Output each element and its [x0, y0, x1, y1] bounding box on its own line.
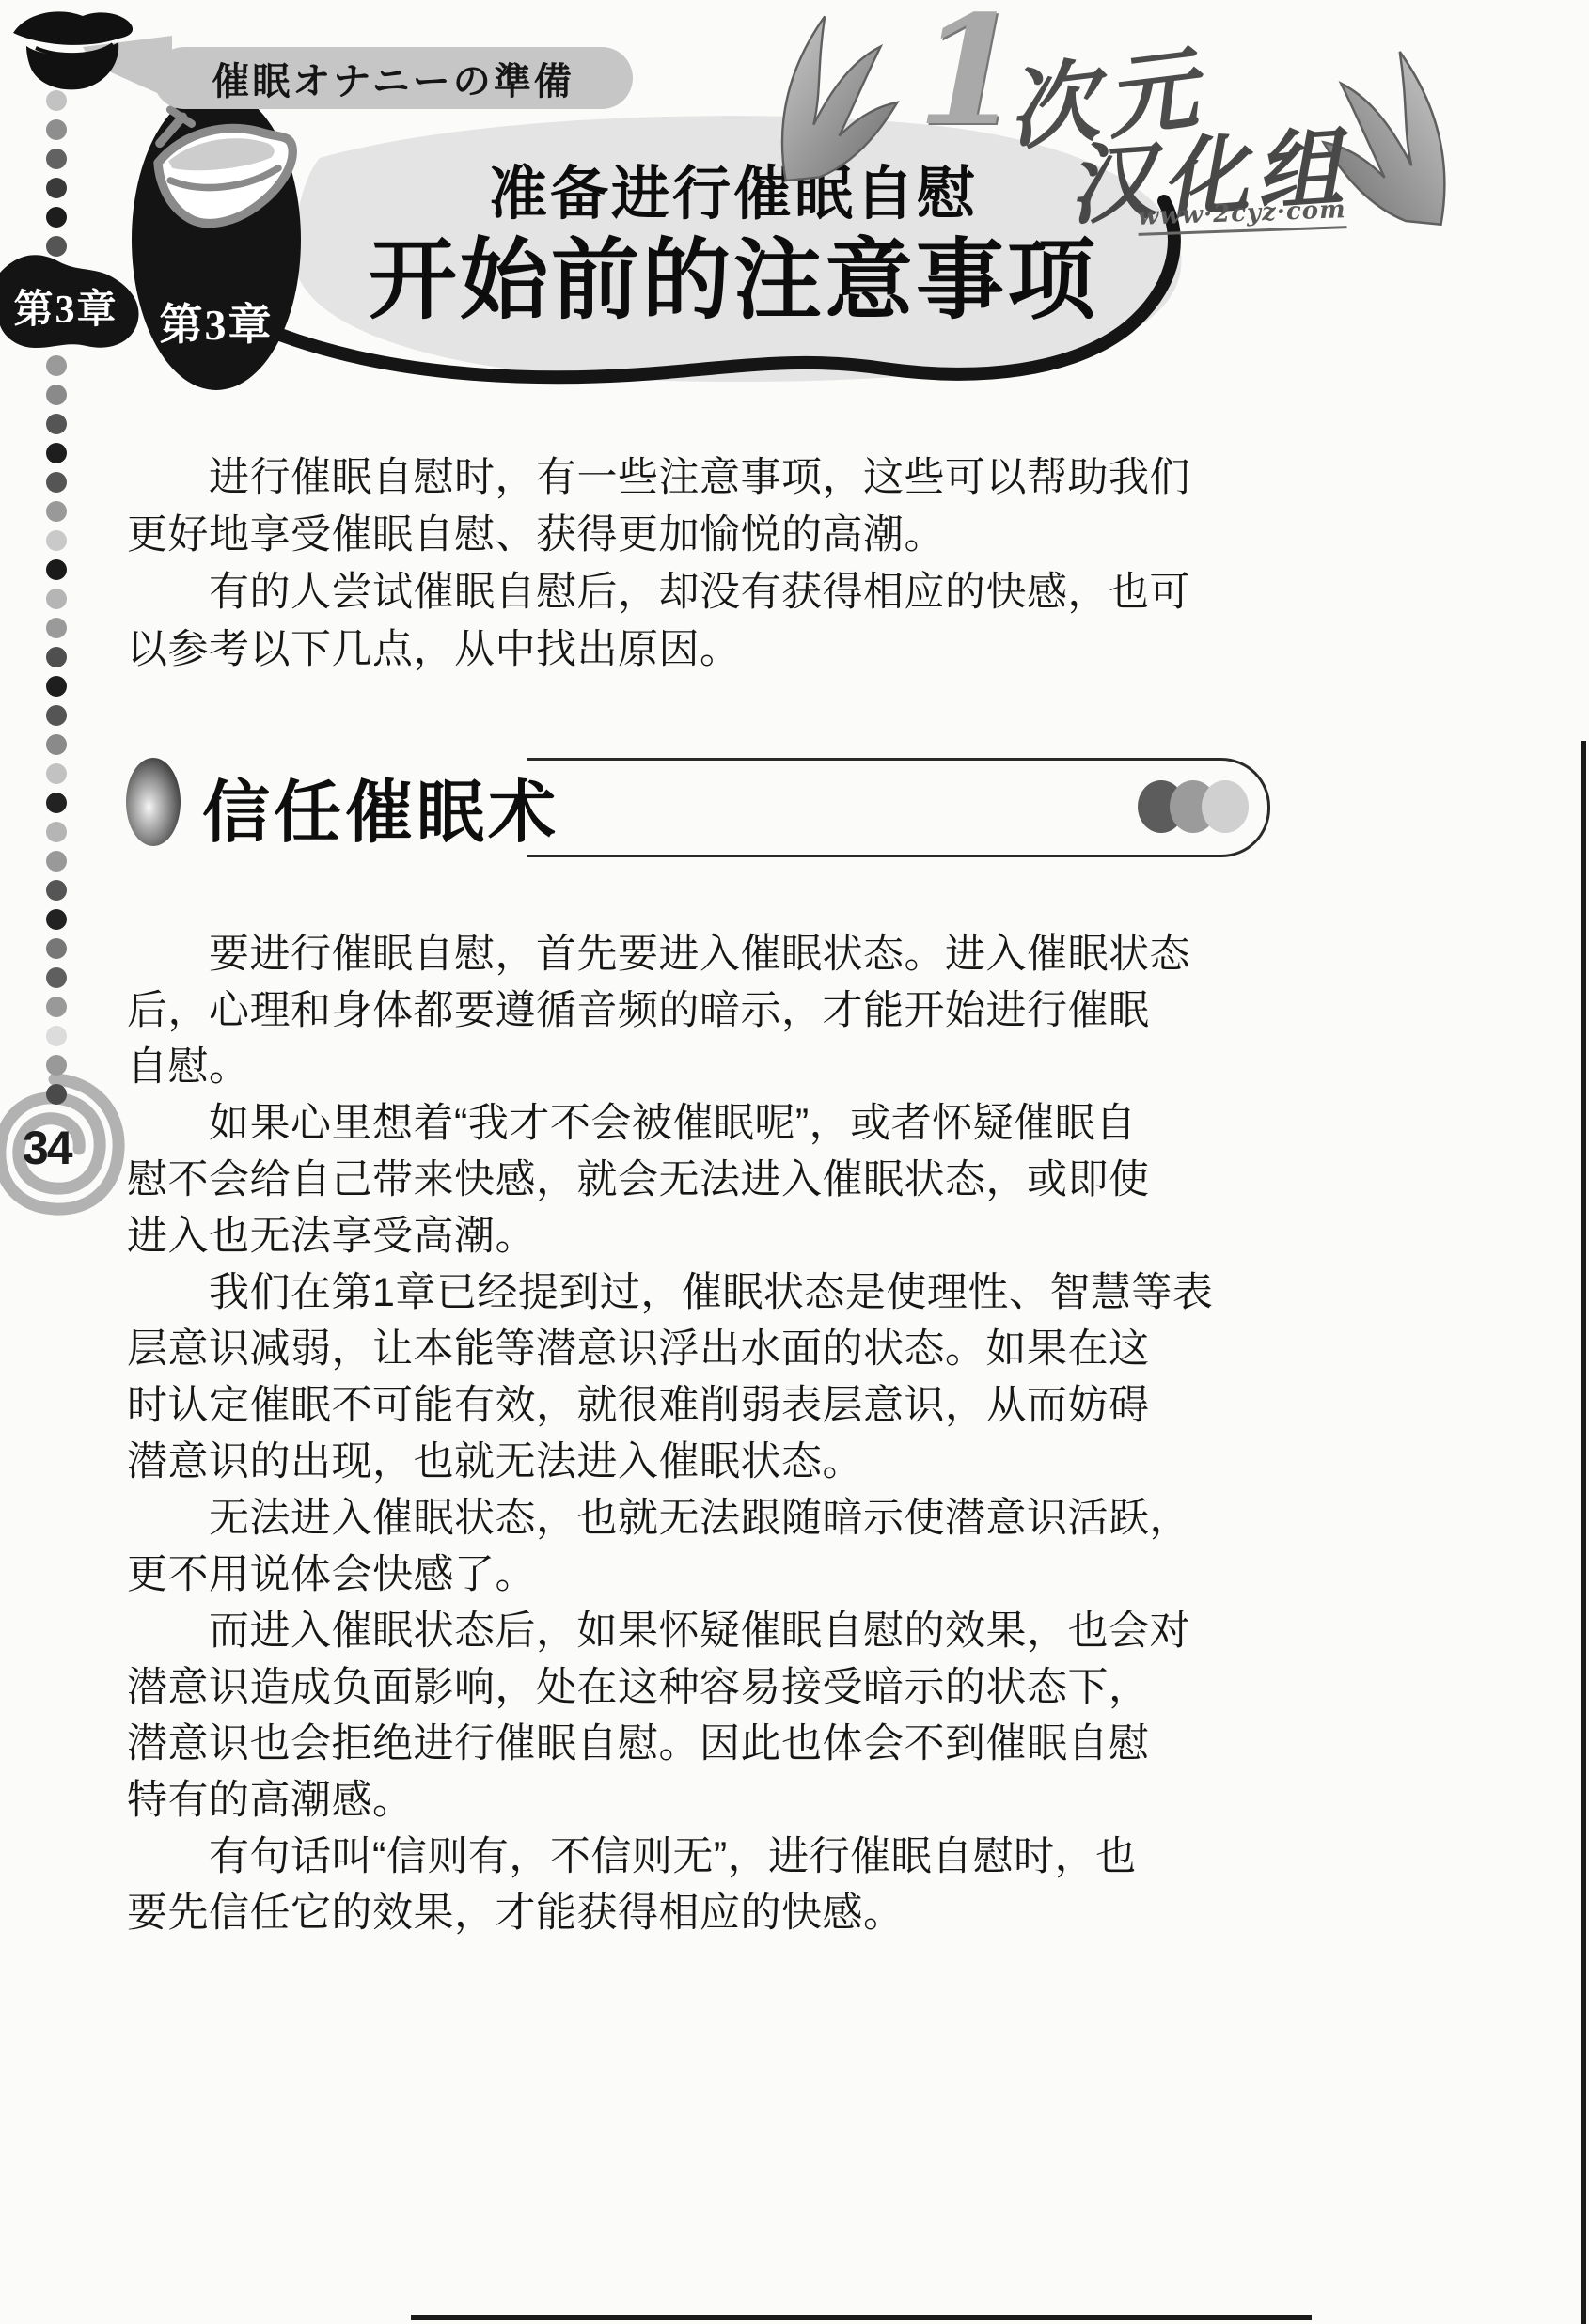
- text-line: 时认定催眠不可能有效，就很难削弱表层意识，从而妨碍: [127, 1377, 1223, 1434]
- text-line: 潜意识的出现，也就无法进入催眠状态。: [127, 1434, 1223, 1490]
- text-line: 有句话叫“信则有，不信则无”，进行催眠自慰时，也: [127, 1829, 1223, 1885]
- rail-dot: [46, 822, 67, 842]
- dots-column-top: [46, 90, 67, 265]
- rail-dot: [46, 589, 67, 609]
- scanned-book-page: 催眠オナニーの準備 1 次元 汉化组 www·2cyz·com: [0, 0, 1589, 2324]
- text-line: 潜意识造成负面影响，处在这种容易接受暗示的状态下，: [127, 1659, 1223, 1716]
- chapter-header-tab-label: 催眠オナニーの準備: [212, 52, 574, 105]
- text-line: 更好地享受催眠自慰、获得更加愉悦的高潮。: [127, 507, 1223, 564]
- section-rule-dots: [1153, 780, 1249, 838]
- rail-dot: [46, 938, 67, 959]
- text-line: 层意识减弱，让本能等潜意识浮出水面的状态。如果在这: [127, 1321, 1223, 1377]
- text-line: 有的人尝试催眠自慰后，却没有获得相应的快感，也可: [127, 564, 1223, 621]
- chapter-badge-label: 第3章: [132, 290, 301, 353]
- rail-dot: [46, 501, 67, 522]
- text-line: 进入也无法享受高潮。: [127, 1208, 1223, 1264]
- rail-dot: [46, 530, 67, 551]
- rail-dot: [46, 1084, 67, 1105]
- rail-dot: [46, 793, 67, 813]
- text-line: 要先信任它的效果，才能获得相应的快感。: [127, 1885, 1223, 1941]
- text-line: 以参考以下几点，从中找出原因。: [127, 621, 1223, 679]
- page-number: 34: [23, 1121, 71, 1175]
- body-paragraphs: 要进行催眠自慰，首先要进入催眠状态。进入催眠状态后，心理和身体都要遵循音频的暗示…: [127, 926, 1223, 1941]
- section-heading-rule: [527, 758, 1270, 857]
- section-heading: 信任催眠术: [202, 758, 559, 856]
- rail-dot: [46, 763, 67, 784]
- text-line: 要进行催眠自慰，首先要进入催眠状态。进入催眠状态: [127, 926, 1223, 982]
- text-line: 自慰。: [127, 1039, 1223, 1095]
- rail-dot: [46, 705, 67, 726]
- scan-edge-bottom: [411, 2315, 1312, 2320]
- rail-dot: [46, 119, 67, 140]
- rail-dot: [46, 909, 67, 930]
- rail-dot: [46, 207, 67, 228]
- text-line: 无法进入催眠状态，也就无法跟随暗示使潜意识活跃，: [127, 1490, 1223, 1547]
- dots-column-bottom: [46, 355, 67, 1113]
- rail-dot: [46, 149, 67, 169]
- rail-dot: [46, 734, 67, 755]
- rail-dot: [46, 676, 67, 697]
- rail-dot: [46, 647, 67, 667]
- text-line: 我们在第1章已经提到过，催眠状态是使理性、智慧等表: [127, 1264, 1223, 1321]
- rail-dot: [46, 1055, 67, 1076]
- text-line: 潜意识也会拒绝进行催眠自慰。因此也体会不到催眠自慰: [127, 1716, 1223, 1772]
- rail-dot: [46, 967, 67, 988]
- intro-paragraphs: 进行催眠自慰时，有一些注意事项，这些可以帮助我们更好地享受催眠自慰、获得更加愉悦…: [127, 449, 1223, 679]
- text-line: 慰不会给自己带来快感，就会无法进入催眠状态，或即使: [127, 1152, 1223, 1208]
- side-chapter-label: 第3章: [0, 278, 132, 335]
- rule-gradient-dot: [1202, 780, 1249, 833]
- rail-dot: [46, 618, 67, 638]
- rail-dot: [46, 414, 67, 434]
- section-bullet-sphere-icon: [126, 758, 181, 846]
- rail-dot: [46, 1026, 67, 1046]
- text-line: 特有的高潮感。: [127, 1772, 1223, 1829]
- rail-dot: [46, 385, 67, 405]
- chapter-badge-mouth-icon: [135, 104, 301, 255]
- text-line: 而进入催眠状态后，如果怀疑催眠自慰的效果，也会对: [127, 1603, 1223, 1659]
- text-line: 进行催眠自慰时，有一些注意事项，这些可以帮助我们: [127, 449, 1223, 507]
- text-line: 如果心里想着“我才不会被催眠呢”，或者怀疑催眠自: [127, 1095, 1223, 1152]
- rail-dot: [46, 880, 67, 901]
- rail-dot: [46, 559, 67, 580]
- chapter-header-tab: 催眠オナニーの準備: [153, 47, 633, 109]
- rail-dot: [46, 997, 67, 1017]
- chapter-badge: 第3章: [132, 89, 301, 390]
- rail-dot: [46, 443, 67, 463]
- page-number-spiral-icon: [0, 1070, 144, 1234]
- rail-dot: [46, 851, 67, 871]
- side-chapter-tab: 第3章: [0, 246, 146, 359]
- rail-dot: [46, 178, 67, 198]
- text-line: 后，心理和身体都要遵循音频的暗示，才能开始进行催眠: [127, 982, 1223, 1039]
- rail-dot: [46, 472, 67, 493]
- translation-group-watermark: 1 次元 汉化组 www·2cyz·com: [724, 0, 1580, 254]
- mouth-logo-icon: [8, 5, 139, 94]
- text-line: 更不用说体会快感了。: [127, 1547, 1223, 1603]
- scan-edge-right: [1581, 741, 1586, 2324]
